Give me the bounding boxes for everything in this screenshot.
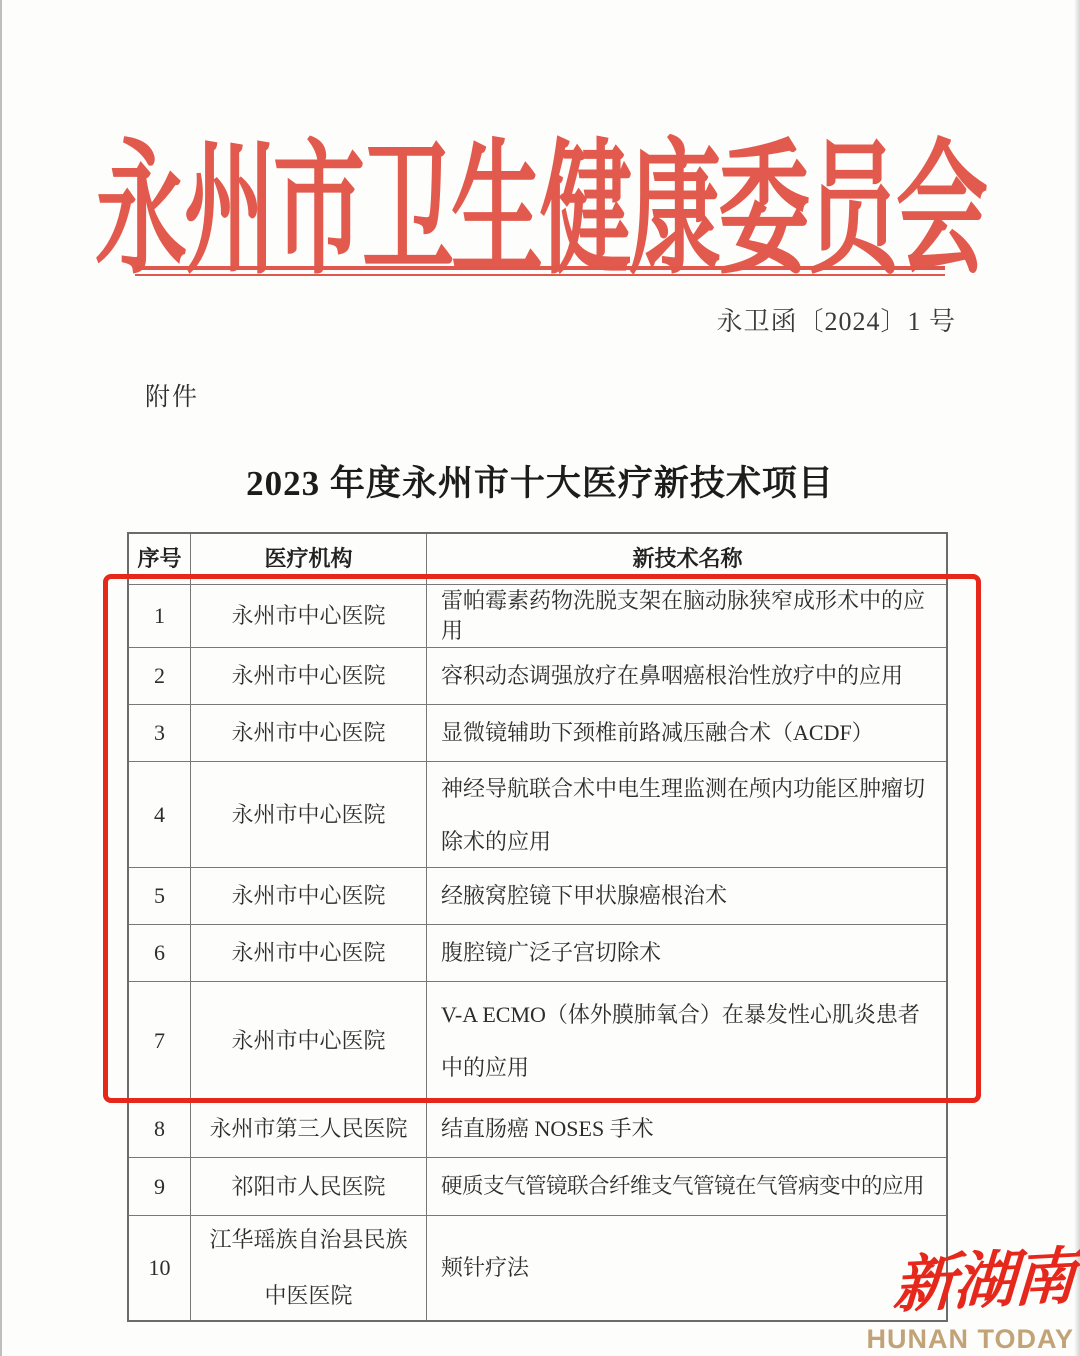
table-row: 6 永州市中心医院 腹腔镜广泛子宫切除术 (129, 925, 946, 982)
institution-cell: 永州市中心医院 (191, 982, 427, 1099)
institution-cell: 永州市中心医院 (191, 925, 427, 981)
technology-cell: 容积动态调强放疗在鼻咽癌根治性放疗中的应用 (427, 648, 946, 704)
row-number-cell: 9 (129, 1158, 191, 1215)
table-row: 10 江华瑶族自治县民族中医医院 颊针疗法 (129, 1216, 946, 1320)
technology-cell: 雷帕霉素药物洗脱支架在脑动脉狭窄成形术中的应用 (427, 585, 946, 647)
table-header-row: 序号 医疗机构 新技术名称 (129, 534, 946, 585)
hunan-today-logo-en: HUNAN TODAY (866, 1324, 1074, 1355)
institution-cell: 永州市中心医院 (191, 868, 427, 924)
table-row: 1 永州市中心医院 雷帕霉素药物洗脱支架在脑动脉狭窄成形术中的应用 (129, 585, 946, 648)
row-number-cell: 6 (129, 925, 191, 981)
technology-cell: 神经导航联合术中电生理监测在颅内功能区肿瘤切除术的应用 (427, 762, 946, 867)
table-row: 4 永州市中心医院 神经导航联合术中电生理监测在颅内功能区肿瘤切除术的应用 (129, 762, 946, 868)
row-number-cell: 5 (129, 868, 191, 924)
technology-cell: V-A ECMO（体外膜肺氧合）在暴发性心肌炎患者中的应用 (427, 982, 946, 1099)
institution-cell: 永州市中心医院 (191, 762, 427, 867)
table-row: 3 永州市中心医院 显微镜辅助下颈椎前路减压融合术（ACDF） (129, 705, 946, 762)
agency-title: 永州市卫生健康委员会 (95, 94, 985, 303)
projects-table: 序号 医疗机构 新技术名称 1 永州市中心医院 雷帕霉素药物洗脱支架在脑动脉狭窄… (127, 532, 948, 1322)
institution-cell: 永州市第三人民医院 (191, 1100, 427, 1157)
letterhead-rule-bottom (135, 274, 945, 276)
table-row: 5 永州市中心医院 经腋窝腔镜下甲状腺癌根治术 (129, 868, 946, 925)
table-row: 9 祁阳市人民医院 硬质支气管镜联合纤维支气管镜在气管病变中的应用 (129, 1158, 946, 1216)
hunan-today-logo-cn: 新湖南 (891, 1226, 1076, 1324)
column-header-no: 序号 (129, 534, 191, 584)
table-row: 2 永州市中心医院 容积动态调强放疗在鼻咽癌根治性放疗中的应用 (129, 648, 946, 705)
institution-cell: 祁阳市人民医院 (191, 1158, 427, 1215)
column-header-tech: 新技术名称 (427, 534, 946, 584)
institution-cell: 永州市中心医院 (191, 648, 427, 704)
document-number: 永卫函〔2024〕1 号 (716, 301, 956, 338)
column-header-org: 医疗机构 (191, 534, 427, 584)
technology-cell: 结直肠癌 NOSES 手术 (427, 1100, 946, 1157)
technology-cell: 经腋窝腔镜下甲状腺癌根治术 (427, 868, 946, 924)
table-row: 7 永州市中心医院 V-A ECMO（体外膜肺氧合）在暴发性心肌炎患者中的应用 (129, 982, 946, 1100)
row-number-cell: 3 (129, 705, 191, 761)
technology-cell: 显微镜辅助下颈椎前路减压融合术（ACDF） (427, 705, 946, 761)
technology-cell: 腹腔镜广泛子宫切除术 (427, 925, 946, 981)
row-number-cell: 2 (129, 648, 191, 704)
letterhead: 永州市卫生健康委员会 (0, 94, 1080, 226)
institution-cell: 江华瑶族自治县民族中医医院 (191, 1216, 427, 1320)
institution-cell: 永州市中心医院 (191, 705, 427, 761)
attachment-label: 附件 (145, 377, 199, 413)
row-number-cell: 4 (129, 762, 191, 867)
page-title: 2023 年度永州市十大医疗新技术项目 (0, 456, 1080, 506)
row-number-cell: 10 (129, 1216, 191, 1320)
institution-cell: 永州市中心医院 (191, 585, 427, 647)
hunan-today-watermark: 新湖南 HUNAN TODAY (866, 1231, 1074, 1355)
technology-cell: 硬质支气管镜联合纤维支气管镜在气管病变中的应用 (427, 1158, 946, 1215)
letterhead-rule-top (135, 266, 945, 270)
row-number-cell: 8 (129, 1100, 191, 1157)
row-number-cell: 7 (129, 982, 191, 1099)
row-number-cell: 1 (129, 585, 191, 647)
table-row: 8 永州市第三人民医院 结直肠癌 NOSES 手术 (129, 1100, 946, 1158)
